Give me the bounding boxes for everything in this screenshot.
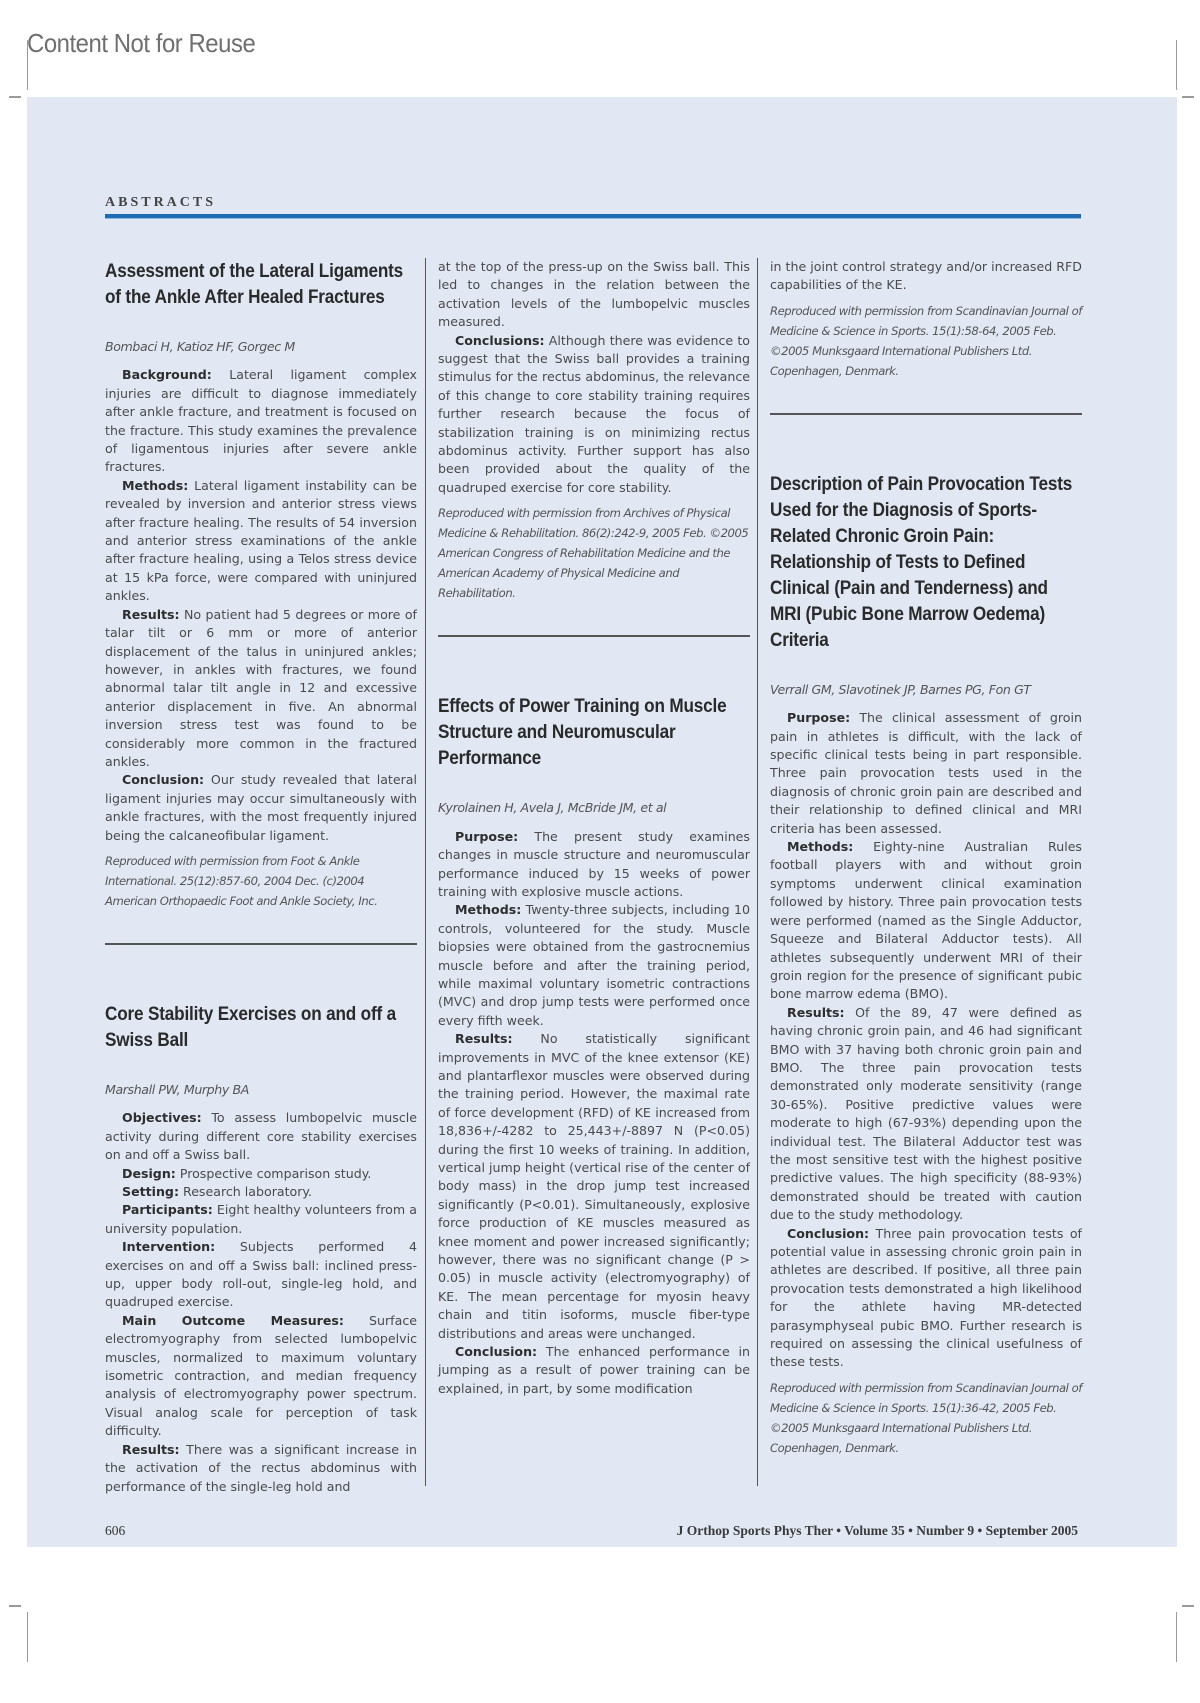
crop-mark — [1176, 40, 1177, 90]
abstract-section: Intervention: Subjects performed 4 exerc… — [105, 1238, 417, 1312]
article-authors: Marshall PW, Murphy BA — [105, 1081, 417, 1099]
reproduction-credit: Reproduced with permission from Scandina… — [770, 1378, 1082, 1458]
section-label: Results: — [122, 607, 180, 622]
continued-text: in the joint control strategy and/or inc… — [770, 258, 1082, 295]
section-label: Results: — [787, 1005, 845, 1020]
crop-mark — [9, 1605, 21, 1607]
abstract-section: Background: Lateral ligament complex inj… — [105, 366, 417, 476]
abstract-section: Results: There was a significant increas… — [105, 1441, 417, 1496]
running-head: ABSTRACTS — [105, 195, 216, 211]
abstract-section: Objectives: To assess lumbopelvic muscle… — [105, 1109, 417, 1164]
crop-mark — [1182, 96, 1194, 98]
section-label: Objectives: — [122, 1110, 202, 1125]
section-text: The clinical assessment of groin pain in… — [770, 710, 1082, 835]
section-text: Lateral ligament instability can be reve… — [105, 478, 417, 603]
abstract-section: Main Outcome Measures: Surface electromy… — [105, 1312, 417, 1441]
article-authors: Kyrolainen H, Avela J, McBride JM, et al — [438, 799, 750, 817]
section-text: Three pain provocation tests of potentia… — [770, 1226, 1082, 1370]
abstract-section: Conclusion: Three pain provocation tests… — [770, 1225, 1082, 1372]
crop-mark — [27, 1612, 28, 1662]
section-label: Participants: — [122, 1202, 213, 1217]
column-3: in the joint control strategy and/or inc… — [770, 258, 1082, 1458]
crop-mark — [1176, 1612, 1177, 1662]
section-text: Research laboratory. — [179, 1184, 312, 1199]
section-label: Methods: — [787, 839, 853, 854]
reproduction-credit: Reproduced with permission from Archives… — [438, 503, 750, 603]
abstract-section: Conclusion: Our study revealed that late… — [105, 771, 417, 845]
section-text: Lateral ligament complex injuries are di… — [105, 367, 417, 474]
article-authors: Verrall GM, Slavotinek JP, Barnes PG, Fo… — [770, 681, 1082, 699]
abstract-section: Setting: Research laboratory. — [105, 1183, 417, 1201]
abstract-section: Results: Of the 89, 47 were defined as h… — [770, 1004, 1082, 1225]
article-title: Description of Pain Provocation Tests Us… — [770, 471, 1083, 653]
abstract-section: Results: No statistically significant im… — [438, 1030, 750, 1343]
section-label: Background: — [122, 367, 212, 382]
crop-mark — [1182, 1605, 1194, 1607]
crop-mark — [27, 40, 28, 90]
abstract-section: Conclusion: The enhanced performance in … — [438, 1343, 750, 1398]
article-separator — [438, 635, 750, 637]
section-label: Conclusions: — [455, 333, 545, 348]
section-text: Twenty-three subjects, including 10 cont… — [438, 902, 750, 1027]
section-label: Main Outcome Measures: — [122, 1313, 344, 1328]
abstract-section: Design: Prospective comparison study. — [105, 1165, 417, 1183]
header-rule — [105, 214, 1081, 218]
article-title: Effects of Power Training on Muscle Stru… — [438, 693, 751, 771]
section-text: No statistically significant improvement… — [438, 1031, 750, 1341]
section-label: Conclusion: — [122, 772, 204, 787]
section-label: Purpose: — [787, 710, 850, 725]
article-authors: Bombaci H, Katioz HF, Gorgec M — [105, 338, 417, 356]
section-text: Prospective comparison study. — [176, 1166, 372, 1181]
section-text: Although there was evidence to suggest t… — [438, 333, 750, 495]
watermark: Content Not for Reuse — [27, 28, 255, 59]
section-text: Eighty-nine Australian Rules football pl… — [770, 839, 1082, 1001]
abstract-section: Methods: Lateral ligament instability ca… — [105, 477, 417, 606]
abstract-section: Participants: Eight healthy volunteers f… — [105, 1201, 417, 1238]
article-separator — [105, 943, 417, 945]
article-title: Assessment of the Lateral Ligaments of t… — [105, 258, 418, 310]
abstract-section: Methods: Eighty-nine Australian Rules fo… — [770, 838, 1082, 1004]
section-label: Design: — [122, 1166, 176, 1181]
section-label: Intervention: — [122, 1239, 215, 1254]
column-1: Assessment of the Lateral Ligaments of t… — [105, 258, 417, 1496]
abstract-section: Methods: Twenty-three subjects, includin… — [438, 901, 750, 1030]
section-label: Purpose: — [455, 829, 518, 844]
article-title: Core Stability Exercises on and off a Sw… — [105, 1001, 418, 1053]
journal-citation: J Orthop Sports Phys Ther • Volume 35 • … — [677, 1523, 1078, 1539]
crop-mark — [9, 96, 21, 98]
section-text: Of the 89, 47 were defined as having chr… — [770, 1005, 1082, 1222]
abstract-section: Purpose: The clinical assessment of groi… — [770, 709, 1082, 838]
article-separator — [770, 413, 1082, 415]
abstract-section: Purpose: The present study examines chan… — [438, 828, 750, 902]
abstract-section: Results: No patient had 5 degrees or mor… — [105, 606, 417, 772]
section-label: Conclusion: — [787, 1226, 869, 1241]
column-divider — [425, 258, 426, 1486]
column-divider — [757, 258, 758, 1486]
continued-text: at the top of the press-up on the Swiss … — [438, 258, 750, 332]
section-label: Results: — [122, 1442, 180, 1457]
section-label: Conclusion: — [455, 1344, 537, 1359]
reproduction-credit: Reproduced with permission from Scandina… — [770, 301, 1082, 381]
section-label: Setting: — [122, 1184, 179, 1199]
section-label: Methods: — [122, 478, 188, 493]
column-2: at the top of the press-up on the Swiss … — [438, 258, 750, 1398]
page-number: 606 — [105, 1523, 125, 1539]
abstract-section: Conclusions: Although there was evidence… — [438, 332, 750, 498]
section-text: Surface electromyography from selected l… — [105, 1313, 417, 1438]
section-text: No patient had 5 degrees or more of tala… — [105, 607, 417, 769]
section-label: Results: — [455, 1031, 513, 1046]
section-label: Methods: — [455, 902, 521, 917]
reproduction-credit: Reproduced with permission from Foot & A… — [105, 851, 417, 911]
